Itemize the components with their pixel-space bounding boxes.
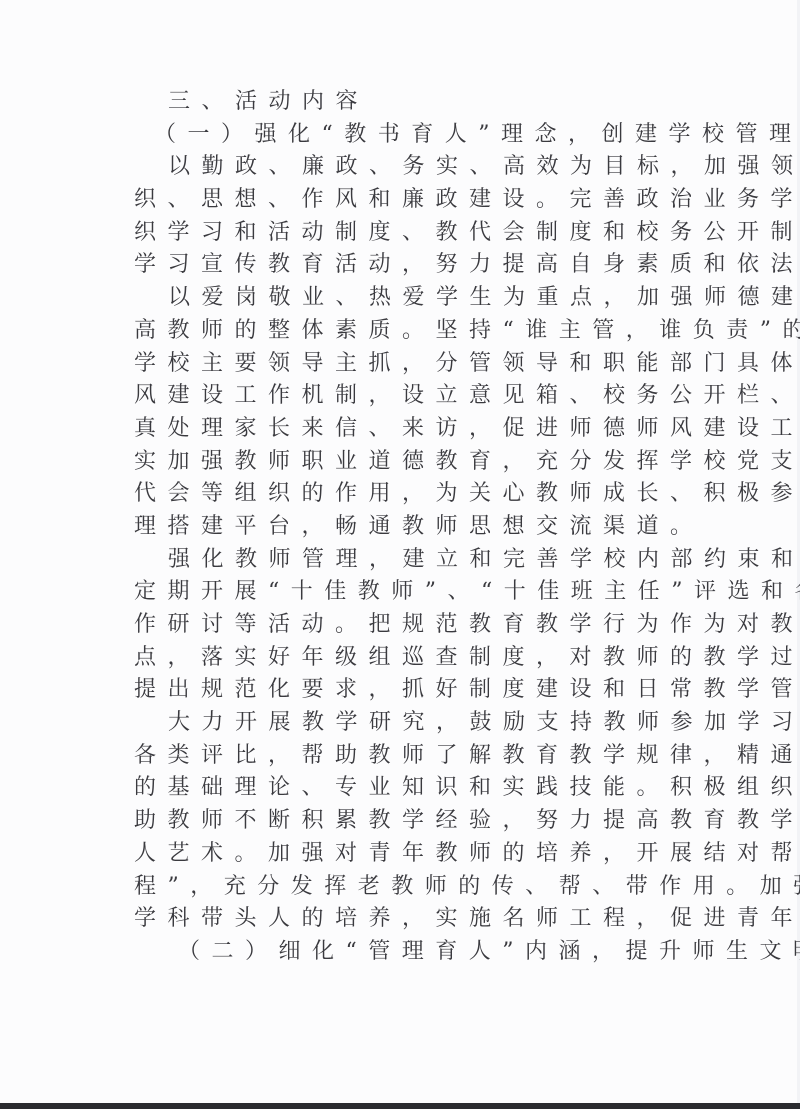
paragraph-line: 理搭建平台，畅通教师思想交流渠道。 xyxy=(134,511,694,544)
paragraph-1: 以勤政、廉政、务实、高效为目标，加强领导班子的组 织、思想、作风和廉政建设。完善… xyxy=(134,151,694,282)
paragraph-line: 的基础理论、专业知识和实践技能。积极组织教研活动，帮 xyxy=(134,772,694,805)
scanned-page: 三、活动内容 （一）强化“教书育人”理念，创建学校管理体系 以勤政、廉政、务实、… xyxy=(0,0,800,1103)
document-body: 三、活动内容 （一）强化“教书育人”理念，创建学校管理体系 以勤政、廉政、务实、… xyxy=(134,86,694,969)
paragraph-line: 学习宣传教育活动，努力提高自身素质和依法治校的水平。 xyxy=(134,249,694,282)
paragraph-line: 学科带头人的培养，实施名师工程，促进青年教师脱颖而出。 xyxy=(134,903,694,936)
paragraph-line: 助教师不断积累教学经验，努力提高教育教学水平和教书育 xyxy=(134,805,694,838)
paragraph-line: 以勤政、廉政、务实、高效为目标，加强领导班子的组 xyxy=(134,151,694,184)
paragraph-line: 强化教师管理，建立和完善学校内部约束和激励机制， xyxy=(134,544,694,577)
paragraph-line: 作研讨等活动。把规范教育教学行为作为对教师管理的切入 xyxy=(134,609,694,642)
subsection-heading-2: （二）细化“管理育人”内涵，提升师生文明素养 xyxy=(134,936,694,969)
paragraph-line: 实加强教师职业道德教育，充分发挥学校党支部、工会、教 xyxy=(134,446,694,479)
paragraph-line: 高教师的整体素质。坚持“谁主管，谁负责”的原则，建立 xyxy=(134,315,694,348)
paragraph-line: 真处理家长来信、来访，促进师德师风建设工作的落实。切 xyxy=(134,413,694,446)
paragraph-line: 以爱岗敬业、热爱学生为重点，加强师德建设，注重提 xyxy=(134,282,694,315)
paragraph-line: 大力开展教学研究，鼓励支持教师参加学习培训和各级 xyxy=(134,707,694,740)
paragraph-3: 强化教师管理，建立和完善学校内部约束和激励机制， 定期开展“十佳教师”、“十佳班… xyxy=(134,544,694,707)
paragraph-line: 程”，充分发挥老教师的传、帮、带作用。加强对骨干教师、 xyxy=(134,871,694,904)
paragraph-line: 学校主要领导主抓，分管领导和职能部门具体负责的师德师 xyxy=(134,348,694,381)
paragraph-line: 织、思想、作风和廉政建设。完善政治业务学习制度、党组 xyxy=(134,184,694,217)
paragraph-line: 定期开展“十佳教师”、“十佳班主任”评选和各年级德育工 xyxy=(134,576,694,609)
paragraph-line: 织学习和活动制度、教代会制度和校务公开制度，积极开展 xyxy=(134,217,694,250)
paragraph-2: 以爱岗敬业、热爱学生为重点，加强师德建设，注重提 高教师的整体素质。坚持“谁主管… xyxy=(134,282,694,544)
paragraph-line: 风建设工作机制，设立意见箱、校务公开栏、举报电话，认 xyxy=(134,380,694,413)
scan-edge-bottom xyxy=(0,1103,800,1109)
paragraph-line: 代会等组织的作用，为关心教师成长、积极参与学校民主管 xyxy=(134,478,694,511)
paragraph-line: 点，落实好年级组巡查制度，对教师的教学过程、言谈举止 xyxy=(134,642,694,675)
paragraph-line: 提出规范化要求，抓好制度建设和日常教学管理。 xyxy=(134,674,694,707)
paragraph-4: 大力开展教学研究，鼓励支持教师参加学习培训和各级 各类评比，帮助教师了解教育教学… xyxy=(134,707,694,936)
paragraph-line: 人艺术。加强对青年教师的培养，开展结对帮扶和“青蓝工 xyxy=(134,838,694,871)
section-title: 三、活动内容 xyxy=(134,86,694,119)
subsection-heading-1: （一）强化“教书育人”理念，创建学校管理体系 xyxy=(134,119,694,152)
paragraph-line: 各类评比，帮助教师了解教育教学规律，精通自己业务范围 xyxy=(134,740,694,773)
